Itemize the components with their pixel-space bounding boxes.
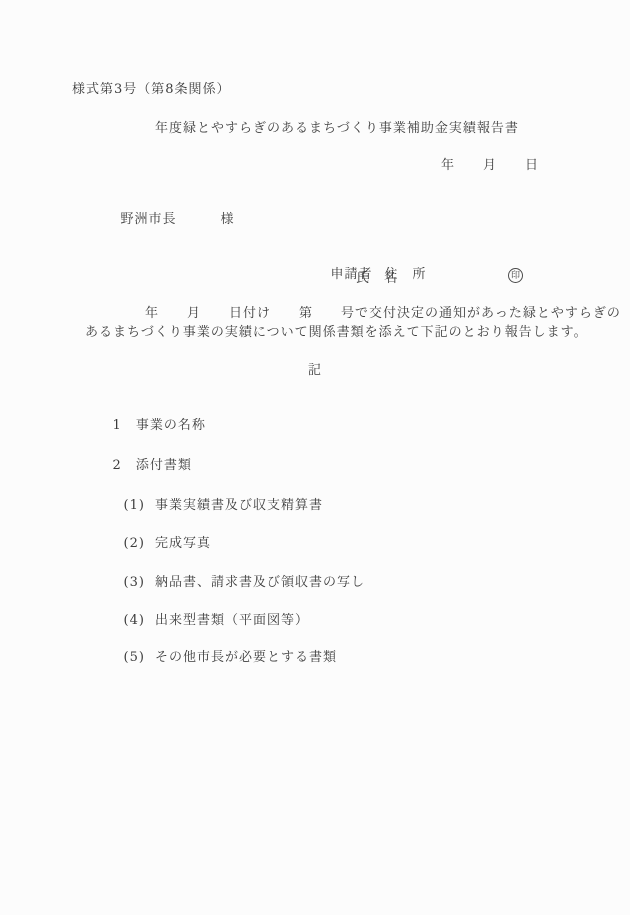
form-number: 様式第3号（第8条関係） xyxy=(72,82,231,98)
attachment-label: その他市長が必要とする書類 xyxy=(155,650,337,665)
addressee-line: 野洲市長様 xyxy=(100,196,235,244)
list-item-label: 事業の名称 xyxy=(136,418,206,433)
body-paragraph-line-1: 年 月 日付け 第 号で交付決定の通知があった緑とやすらぎの xyxy=(145,306,621,322)
date-blank-line: 年 月 日 xyxy=(441,158,539,174)
attachment-number: (3) xyxy=(124,575,145,590)
addressee-honorific: 様 xyxy=(221,212,235,227)
attachment-number: (1) xyxy=(124,498,145,513)
attachment-label: 出来型書類（平面図等） xyxy=(155,613,309,628)
body-paragraph-line-2: あるまちづくり事業の実績について関係書類を添えて下記のとおり報告します。 xyxy=(85,325,588,341)
addressee-name: 野洲市長 xyxy=(121,212,177,227)
attachment-label: 完成写真 xyxy=(155,536,211,551)
document-page: 様式第3号（第8条関係） 年度緑とやすらぎのあるまちづくり事業補助金実績報告書 … xyxy=(0,0,630,915)
attachment-label: 納品書、請求書及び領収書の写し xyxy=(155,575,365,590)
seal-mark-icon: 印 xyxy=(508,268,523,283)
document-title: 年度緑とやすらぎのあるまちづくり事業補助金実績報告書 xyxy=(155,121,519,137)
list-item-label: 添付書類 xyxy=(136,458,192,473)
list-item-number: 2 xyxy=(113,458,122,473)
list-item-number: 1 xyxy=(113,418,122,433)
attachment-label: 事業実績書及び収支精算書 xyxy=(155,498,323,513)
record-heading: 記 xyxy=(0,363,630,379)
attachment-number: (4) xyxy=(124,613,145,628)
attachment-number: (2) xyxy=(124,536,145,551)
attachment-number: (5) xyxy=(124,650,145,665)
applicant-name-label: 氏 名 xyxy=(356,271,398,287)
attachment-item-5: (5)その他市長が必要とする書類 xyxy=(103,634,337,682)
